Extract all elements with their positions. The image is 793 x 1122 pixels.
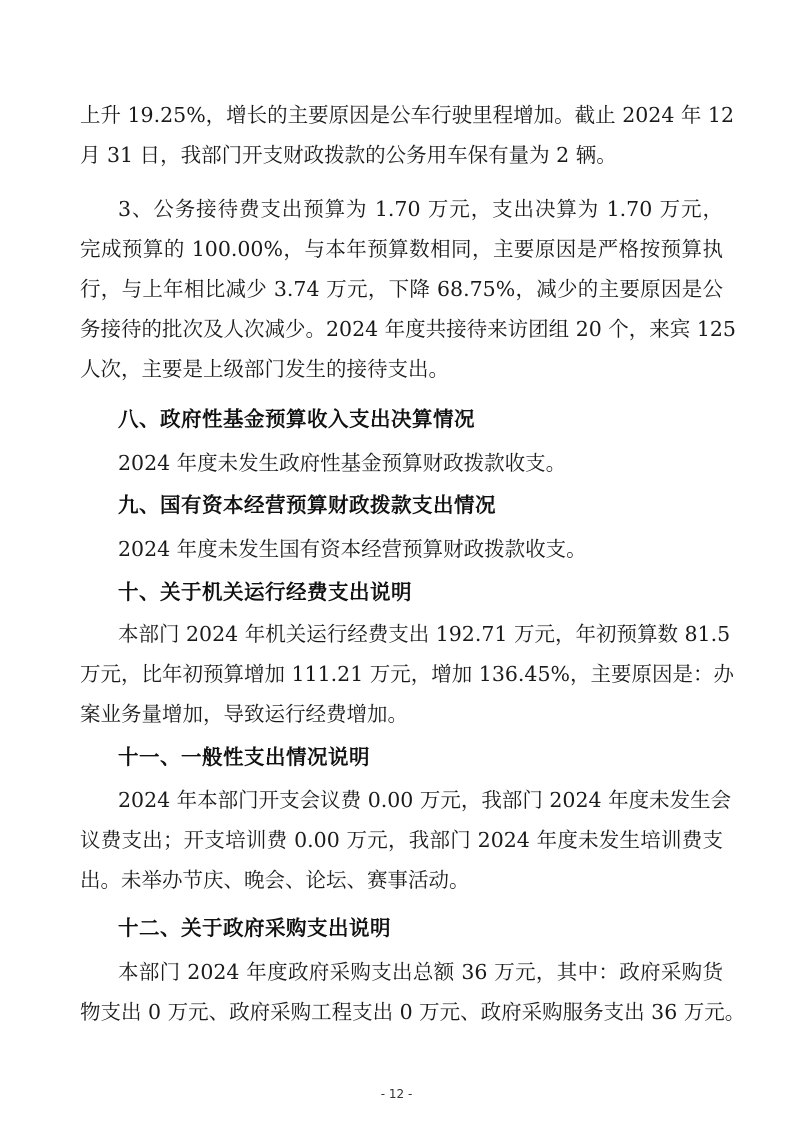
paragraph-line: 2024 年度未发生国有资本经营预算财政拨款收支。 (118, 535, 723, 563)
paragraph-line: 行，与上年相比减少 3.74 万元，下降 68.75%，减少的主要原因是公 (80, 275, 723, 303)
section-heading: 十一、一般性支出情况说明 (118, 743, 370, 771)
section-heading: 十二、关于政府采购支出说明 (118, 914, 391, 942)
page-number: - 12 - (0, 1087, 793, 1101)
paragraph-line: 2024 年度未发生政府性基金预算财政拨款收支。 (118, 449, 723, 477)
paragraph-line: 月 31 日，我部门开支财政拨款的公务用车保有量为 2 辆。 (80, 141, 723, 169)
section-heading: 十、关于机关运行经费支出说明 (118, 578, 412, 606)
section-heading: 八、政府性基金预算收入支出决算情况 (118, 405, 475, 433)
paragraph-line: 本部门 2024 年机关运行经费支出 192.71 万元，年初预算数 81.5 (118, 620, 723, 648)
paragraph-line: 2024 年本部门开支会议费 0.00 万元，我部门 2024 年度未发生会 (118, 786, 723, 814)
paragraph-line: 务接待的批次及人次减少。2024 年度共接待来访团组 20 个，来宾 125 (80, 315, 723, 343)
paragraph-line: 3、公务接待费支出预算为 1.70 万元，支出决算为 1.70 万元， (118, 195, 723, 223)
section-heading: 九、国有资本经营预算财政拨款支出情况 (118, 491, 496, 519)
paragraph-line: 议费支出；开支培训费 0.00 万元，我部门 2024 年度未发生培训费支 (80, 826, 723, 854)
paragraph-line: 案业务量增加，导致运行经费增加。 (80, 700, 723, 728)
paragraph-line: 万元，比年初预算增加 111.21 万元，增加 136.45%，主要原因是：办 (80, 660, 723, 688)
paragraph-line: 出。未举办节庆、晚会、论坛、赛事活动。 (80, 866, 723, 894)
paragraph-line: 人次，主要是上级部门发生的接待支出。 (80, 355, 723, 383)
paragraph-line: 物支出 0 万元、政府采购工程支出 0 万元、政府采购服务支出 36 万元。 (80, 998, 723, 1026)
paragraph-line: 本部门 2024 年度政府采购支出总额 36 万元，其中：政府采购货 (118, 958, 723, 986)
paragraph-line: 完成预算的 100.00%，与本年预算数相同，主要原因是严格按预算执 (80, 235, 723, 263)
paragraph-line: 上升 19.25%，增长的主要原因是公车行驶里程增加。截止 2024 年 12 (80, 101, 723, 129)
document-page: 上升 19.25%，增长的主要原因是公车行驶里程增加。截止 2024 年 12 … (0, 0, 793, 1122)
